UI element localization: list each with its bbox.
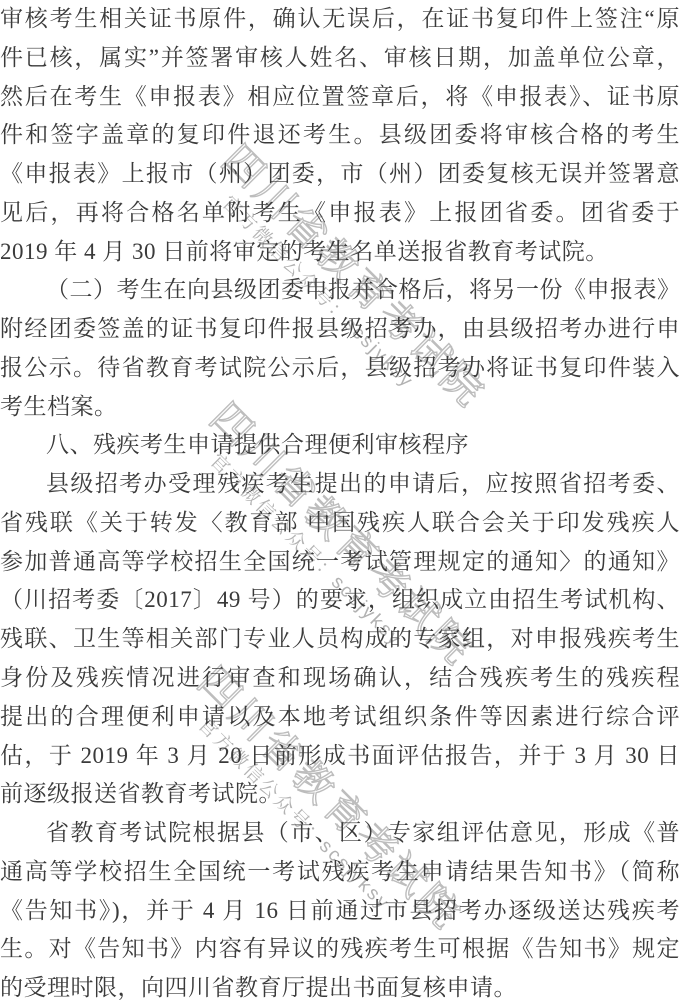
text-line: 参加普通高等学校招生全国统一考试管理规定的通知〉的通知》 <box>0 543 680 582</box>
text-line: 考生档案。 <box>0 388 680 427</box>
document-page: 审核考生相关证书原件，确认无误后，在证书复印件上签注“原件已核，属实”并签署审核… <box>0 0 680 1008</box>
text-line: 省教育考试院根据县（市、区）专家组评估意见，形成《普 <box>0 814 680 853</box>
text-line: 《申报表》上报市（州）团委，市（州）团委复核无误并签署意 <box>0 155 680 194</box>
text-line: 件已核，属实”并签署审核人姓名、审核日期，加盖单位公章， <box>0 39 680 78</box>
text-line: 身份及残疾情况进行审查和现场确认，结合残疾考生的残疾程度、 <box>0 659 680 698</box>
text-line: 八、残疾考生申请提供合理便利审核程序 <box>0 426 680 465</box>
text-line: 省残联《关于转发〈教育部 中国残疾人联合会关于印发残疾人 <box>0 504 680 543</box>
text-line: 审核考生相关证书原件，确认无误后，在证书复印件上签注“原 <box>0 0 680 39</box>
text-line: 估，于 2019 年 3 月 20 日前形成书面评估报告，并于 3 月 30 日 <box>0 737 680 776</box>
text-line: 见后，再将合格名单附考生《申报表》上报团省委。团省委于 <box>0 194 680 233</box>
text-line: 然后在考生《申报表》相应位置签章后，将《申报表》、证书原 <box>0 78 680 117</box>
text-line: 附经团委签盖的证书复印件报县级招考办，由县级招考办进行申 <box>0 310 680 349</box>
text-line: （川招考委〔2017〕49 号）的要求，组织成立由招生考试机构、 <box>0 581 680 620</box>
text-line: 县级招考办受理残疾考生提出的申请后，应按照省招考委、 <box>0 465 680 504</box>
text-line: 2019 年 4 月 30 日前将审定的考生名单送报省教育考试院。 <box>0 233 680 272</box>
text-line: 《告知书》)，并于 4 月 16 日前通过市县招考办逐级送达残疾考 <box>0 892 680 931</box>
text-line: 提出的合理便利申请以及本地考试组织条件等因素进行综合评 <box>0 698 680 737</box>
document-lines: 审核考生相关证书原件，确认无误后，在证书复印件上签注“原件已核，属实”并签署审核… <box>0 0 680 1008</box>
text-line: （二）考生在向县级团委申报并合格后，将另一份《申报表》 <box>0 271 680 310</box>
text-line: 的受理时限，向四川省教育厅提出书面复核申请。 <box>0 969 680 1008</box>
text-line: 前逐级报送省教育考试院。 <box>0 775 680 814</box>
text-line: 残联、卫生等相关部门专业人员构成的专家组，对申报残疾考生 <box>0 620 680 659</box>
text-line: 生。对《告知书》内容有异议的残疾考生可根据《告知书》规定 <box>0 930 680 969</box>
text-line: 件和签字盖章的复印件退还考生。县级团委将审核合格的考生 <box>0 116 680 155</box>
text-line: 报公示。待省教育考试院公示后，县级招考办将证书复印件装入 <box>0 349 680 388</box>
text-line: 通高等学校招生全国统一考试残疾考生申请结果告知书》（简称 <box>0 853 680 892</box>
